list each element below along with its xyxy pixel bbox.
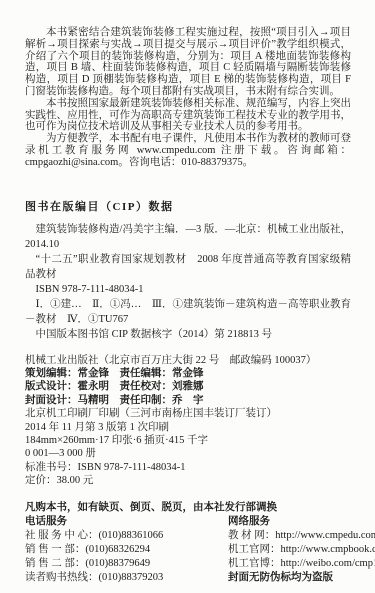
cip-classification: Ⅰ．①建… Ⅱ．①冯… Ⅲ．①建筑装饰－建筑构造－高等职业教育－教材 Ⅳ．①TU… bbox=[25, 297, 351, 327]
intro-paragraph-1: 本书紧密结合建筑装饰装修工程实施过程，按照“项目引入→项目解析→项目探索与实战→… bbox=[25, 27, 351, 98]
service-section: 凡购本书，如有缺页、倒页、脱页，由本社发行部调换 电话服务 社 服 务 中 心：… bbox=[25, 501, 351, 585]
cip-record-number: 中国版本图书馆 CIP 数据核字（2014）第 218813 号 bbox=[25, 327, 351, 342]
publisher-price: 定价：38.00 元 bbox=[25, 474, 351, 487]
publisher-address: 机械工业出版社（北京市百万庄大街 22 号 邮政编码 100037） bbox=[25, 354, 351, 367]
intro-paragraph-2: 本书按照国家最新建筑装饰装修相关标准、规范编写，内容上突出实践性、应用性，可作为… bbox=[25, 98, 351, 133]
publisher-editors-1: 策划编辑：常金锋 责任编辑：常金锋 bbox=[25, 367, 351, 380]
publisher-printer: 北京机工印刷厂印刷（三河市南杨庄国丰装订厂装订） bbox=[25, 407, 351, 420]
net-service-column: 网络服务 教 材 网：http://www.cmpedu.com 机工官网：ht… bbox=[228, 515, 375, 585]
cip-title-line: 建筑装饰装修构造/冯美宇主编．—3 版．—北京：机械工业出版社，2014.10 bbox=[25, 222, 351, 252]
page-content: 本书紧密结合建筑装饰装修工程实施过程，按照“项目引入→项目解析→项目探索与实战→… bbox=[0, 0, 375, 585]
intro-paragraph-3: 为方便教学，本书配有电子课件，凡使用本书作为教材的教师可登录机工教育服务网 ww… bbox=[25, 133, 351, 168]
publisher-edition: 2014 年 11 月第 3 版第 1 次印刷 bbox=[25, 421, 351, 434]
cip-section: 图书在版编目（CIP）数据 建筑装饰装修构造/冯美宇主编．—3 版．—北京：机械… bbox=[25, 198, 351, 342]
net-line: 教 材 网：http://www.cmpedu.com bbox=[228, 529, 375, 543]
net-line: 机工官博：http://weibo.com/cmp1952 bbox=[228, 557, 375, 571]
publisher-standard-isbn: 标准书号：ISBN 978-7-111-48034-1 bbox=[25, 461, 351, 474]
anti-piracy-note: 封面无防伪标均为盗版 bbox=[228, 571, 375, 585]
intro-section: 本书紧密结合建筑装饰装修工程实施过程，按照“项目引入→项目解析→项目探索与实战→… bbox=[25, 27, 351, 169]
phone-line: 销 售 一 部：(010)68326294 bbox=[25, 543, 228, 557]
publisher-editors-3: 封面设计：马精明 责任印制：乔 宇 bbox=[25, 394, 351, 407]
publisher-print-run: 0 001—3 000 册 bbox=[25, 447, 351, 460]
phone-line: 销 售 二 部：(010)88379649 bbox=[25, 557, 228, 571]
phone-line: 读者购书热线：(010)88379203 bbox=[25, 571, 228, 585]
cip-series-line: “十二五”职业教育国家规划教材 2008 年度普通高等教育国家级精品教材 bbox=[25, 252, 351, 282]
publisher-editors-2: 版式设计：霍永明 责任校对：刘雅娜 bbox=[25, 380, 351, 393]
service-notice: 凡购本书，如有缺页、倒页、脱页，由本社发行部调换 bbox=[25, 501, 351, 515]
copyright-page: 本书紧密结合建筑装饰装修工程实施过程，按照“项目引入→项目解析→项目探索与实战→… bbox=[0, 0, 375, 593]
publisher-format: 184mm×260mm·17 印张·6 插页·415 千字 bbox=[25, 434, 351, 447]
cip-isbn: ISBN 978-7-111-48034-1 bbox=[25, 282, 351, 297]
cip-body: 建筑装饰装修构造/冯美宇主编．—3 版．—北京：机械工业出版社，2014.10 … bbox=[25, 222, 351, 342]
phone-line: 社 服 务 中 心：(010)88361066 bbox=[25, 529, 228, 543]
service-columns: 电话服务 社 服 务 中 心：(010)88361066 销 售 一 部：(01… bbox=[25, 515, 351, 585]
phone-service-column: 电话服务 社 服 务 中 心：(010)88361066 销 售 一 部：(01… bbox=[25, 515, 228, 585]
publisher-section: 机械工业出版社（北京市百万庄大街 22 号 邮政编码 100037） 策划编辑：… bbox=[25, 354, 351, 488]
net-line: 机工官网：http://www.cmpbook.com bbox=[228, 543, 375, 557]
cip-header: 图书在版编目（CIP）数据 bbox=[25, 198, 351, 214]
phone-service-header: 电话服务 bbox=[25, 515, 228, 529]
net-service-header: 网络服务 bbox=[228, 515, 375, 529]
